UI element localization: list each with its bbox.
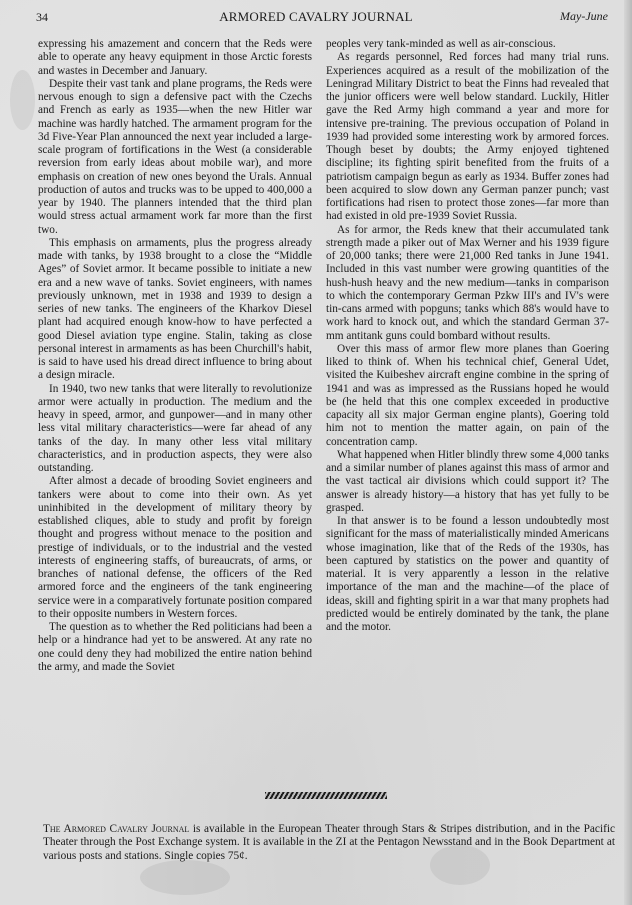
paragraph: peoples very tank-minded as well as air-… (326, 38, 609, 51)
right-column: peoples very tank-minded as well as air-… (326, 38, 609, 634)
paragraph: Despite their vast tank and plane progra… (38, 78, 312, 237)
paragraph: As regards personnel, Red forces had man… (326, 51, 609, 223)
paragraph: expressing his amazement and concern tha… (38, 38, 312, 78)
journal-name: The Armored Cavalry Journal (43, 823, 189, 835)
paragraph: In 1940, two new tanks that were literal… (38, 383, 312, 476)
paragraph: This emphasis on armaments, plus the pro… (38, 237, 312, 383)
paragraph: The question as to whether the Red polit… (38, 621, 312, 674)
paragraph: In that answer is to be found a lesson u… (326, 515, 609, 634)
left-column: expressing his amazement and concern tha… (38, 38, 312, 674)
paragraph: What happened when Hitler blindly threw … (326, 449, 609, 515)
running-header: 34 ARMORED CAVALRY JOURNAL May-June (0, 5, 632, 23)
paper-stain (140, 860, 230, 895)
paper-stain (10, 70, 35, 130)
scanned-page: 34 ARMORED CAVALRY JOURNAL May-June expr… (0, 0, 632, 905)
page-edge (624, 0, 632, 905)
journal-title: ARMORED CAVALRY JOURNAL (0, 9, 632, 25)
section-divider (265, 792, 387, 799)
paragraph: Over this mass of armor flew more planes… (326, 343, 609, 449)
issue-label: May-June (560, 9, 608, 24)
paragraph: After almost a decade of brooding Soviet… (38, 475, 312, 621)
availability-notice: The Armored Cavalry Journal is available… (43, 823, 615, 863)
paragraph: As for armor, the Reds knew that their a… (326, 224, 609, 343)
